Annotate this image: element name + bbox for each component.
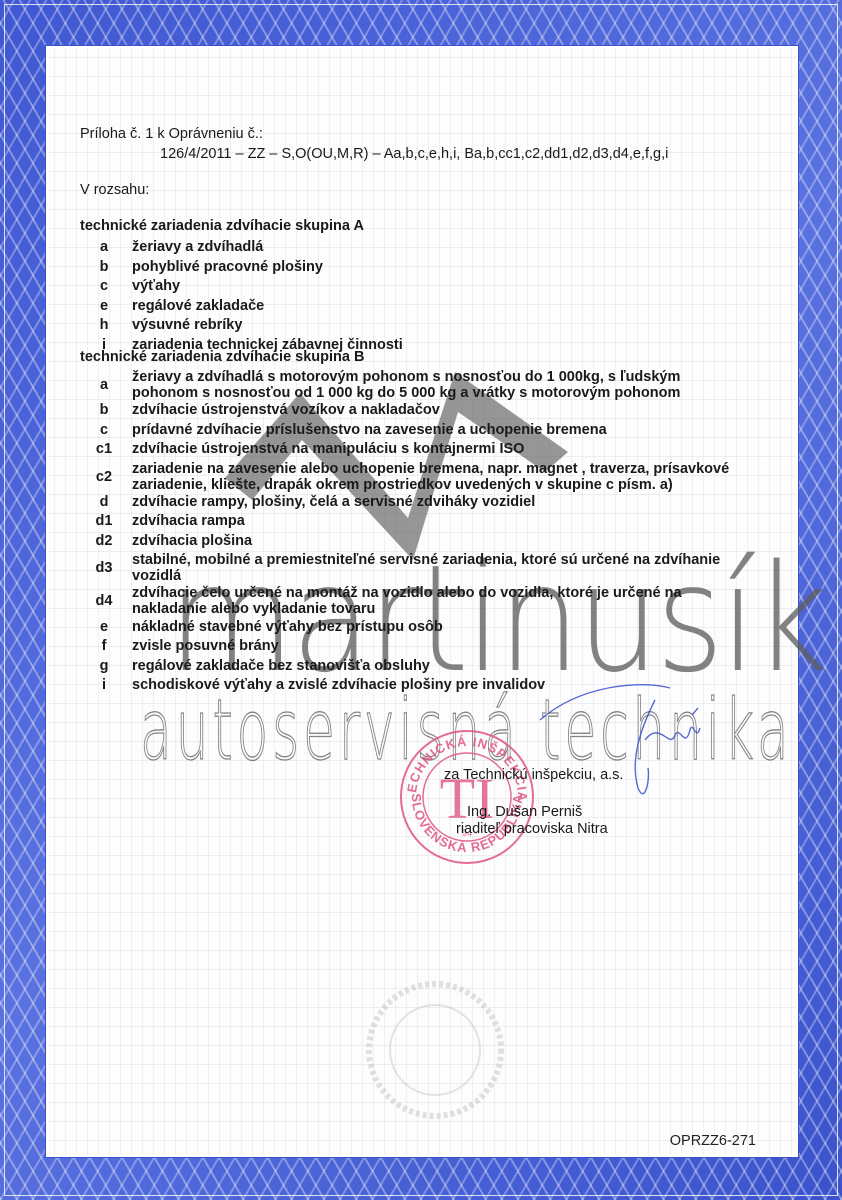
official-stamp: TECHNICKÁ INŠPEKCIA SLOVENSKÁ REPUBLIKA … <box>398 728 536 866</box>
group-b-title: technické zariadenia zdvíhacie skupina B <box>80 349 364 365</box>
item-code: a <box>84 377 124 393</box>
item-description: zdvíhacie ústrojenstvá vozíkov a naklada… <box>132 402 440 418</box>
item-description: zdvíhacie rampy, plošiny, čelá a servisn… <box>132 494 535 510</box>
item-code: g <box>84 658 124 674</box>
signature-mark <box>520 680 720 810</box>
item-description: zdvíhacie čelo určené na montáž na vozid… <box>132 585 682 617</box>
item-description: zdvíhacie ústrojenstvá na manipuláciu s … <box>132 441 524 457</box>
item-description: pohyblivé pracovné plošiny <box>132 259 323 275</box>
item-description: výsuvné rebríky <box>132 317 242 333</box>
item-code: c2 <box>84 469 124 485</box>
item-description: nákladné stavebné výťahy bez prístupu os… <box>132 619 443 635</box>
group-a-title: technické zariadenia zdvíhacie skupina A <box>80 218 364 234</box>
item-code: b <box>84 402 124 418</box>
item-description: zvisle posuvné brány <box>132 638 279 654</box>
item-code: d3 <box>84 560 124 576</box>
scope-label: V rozsahu: <box>80 182 149 198</box>
item-code: d <box>84 494 124 510</box>
signatory-name: Ing. Dušan Perniš <box>467 804 582 820</box>
item-description: schodiskové výťahy a zvislé zdvíhacie pl… <box>132 677 545 693</box>
item-code: d1 <box>84 513 124 529</box>
item-code: f <box>84 638 124 654</box>
item-description: výťahy <box>132 278 180 294</box>
item-code: c <box>84 278 124 294</box>
item-description: zariadenie na zavesenie alebo uchopenie … <box>132 461 729 493</box>
item-code: i <box>84 677 124 693</box>
item-code: c1 <box>84 441 124 457</box>
item-code: a <box>84 239 124 255</box>
item-code: e <box>84 619 124 635</box>
item-code: e <box>84 298 124 314</box>
item-description: prídavné zdvíhacie príslušenstvo na zave… <box>132 422 607 438</box>
item-description: žeriavy a zdvíhadlá <box>132 239 263 255</box>
item-description: stabilné, mobilné a premiestniteľné serv… <box>132 552 720 584</box>
permit-number: 126/4/2011 – ZZ – S,O(OU,M,R) – Aa,b,c,e… <box>160 146 668 162</box>
item-description: regálové zakladače bez stanovišťa obsluh… <box>132 658 430 674</box>
item-description: zdvíhacia plošina <box>132 533 252 549</box>
embossed-seal <box>360 975 510 1125</box>
item-description: regálové zakladače <box>132 298 264 314</box>
item-description: zdvíhacia rampa <box>132 513 245 529</box>
signatory-organization: za Technickú inšpekciu, a.s. <box>444 767 623 783</box>
item-code: b <box>84 259 124 275</box>
item-code: d2 <box>84 533 124 549</box>
item-code: d4 <box>84 593 124 609</box>
item-code: h <box>84 317 124 333</box>
item-description: žeriavy a zdvíhadlá s motorovým pohonom … <box>132 369 680 401</box>
item-code: c <box>84 422 124 438</box>
document-code: OPRZZ6-271 <box>670 1133 756 1149</box>
signatory-role: riaditeľ pracoviska Nitra <box>456 821 608 837</box>
annex-heading: Príloha č. 1 k Oprávneniu č.: <box>80 126 263 142</box>
